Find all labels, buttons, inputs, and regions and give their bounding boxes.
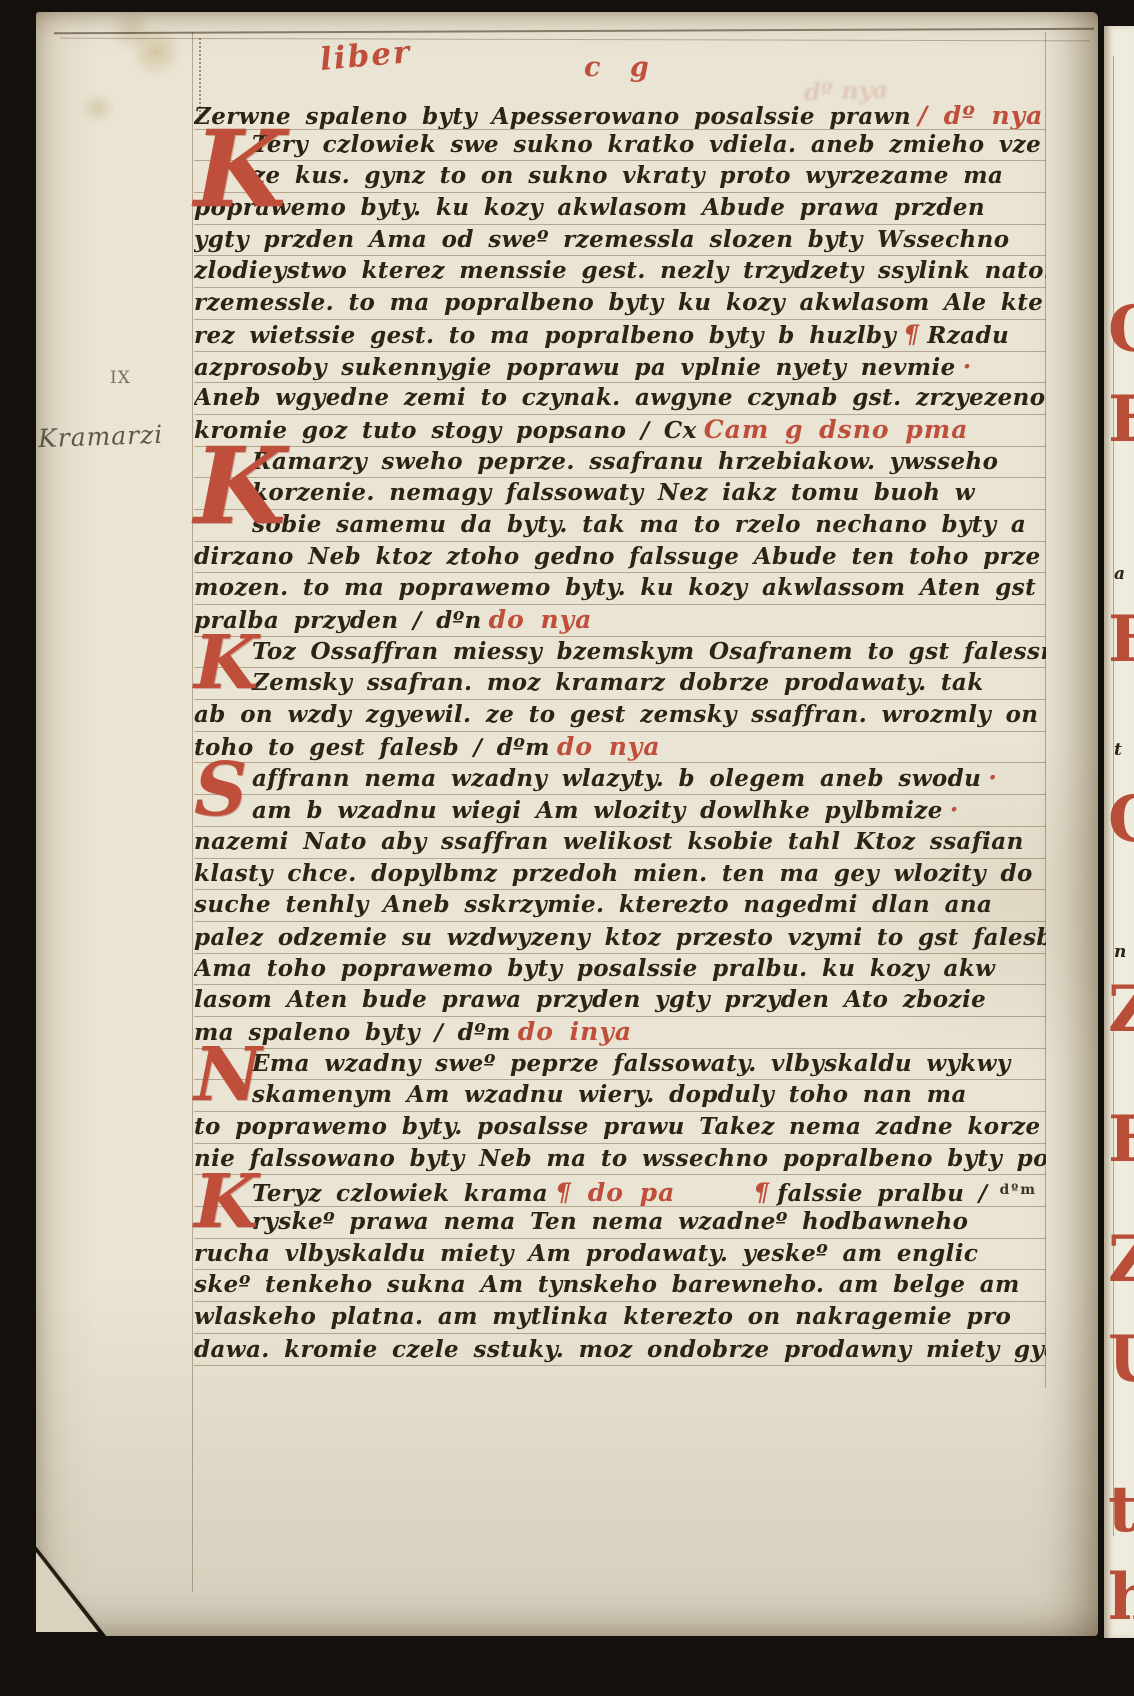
manuscript-line: nazemi Nato aby ssaffran welikost ksobie…: [194, 827, 1046, 859]
manuscript-line: Aneb wgyedne zemi to czynak. awgyne czyn…: [194, 383, 1046, 415]
ruling-line-top-2: [60, 38, 1090, 42]
edge-initial-fragment: U: [1108, 1328, 1134, 1392]
body-text: am b wzadnu wiegi Am wlozity dowlhke pyl…: [252, 797, 943, 824]
running-title: liber: [319, 34, 413, 78]
manuscript-line: rez wietssie gest. to ma popralbeno byty…: [194, 320, 1046, 352]
body-text: skeº tenkeho sukna Am tynskeho barewneho…: [194, 1271, 1020, 1298]
manuscript-line: skeº tenkeho sukna Am tynskeho barewneho…: [194, 1270, 1046, 1302]
manuscript-line: Zerwne spaleno byty Apesserowano posalss…: [194, 98, 1046, 130]
rubric-text: do inya: [518, 1017, 632, 1046]
body-text: toho to gest falesb ∕ dºm: [194, 734, 550, 761]
manuscript-line: Zemsky ssafran. moz kramarz dobrze proda…: [194, 668, 1046, 700]
manuscript-line: ze kus. gynz to on sukno vkraty proto wy…: [194, 161, 1046, 193]
manuscript-line: ryskeº prawa nema Ten nema wzadneº hodba…: [194, 1207, 1046, 1239]
manuscript-line: pralba przyden ∕ dºndo nya: [194, 605, 1046, 637]
manuscript-line: ma spaleno byty ∕ dºmdo inya: [194, 1017, 1046, 1049]
body-text: Ramarzy sweho peprze. ssafranu hrzebiako…: [252, 448, 998, 475]
body-text: Rzadu: [927, 322, 1009, 349]
edge-initial-fragment: h: [1108, 1566, 1134, 1630]
manuscript-line: dawa. kromie czele sstuky. moz ondobrze …: [194, 1334, 1046, 1366]
manuscript-line: mozen. to ma poprawemo byty. ku kozy akw…: [194, 573, 1046, 605]
manuscript-line: poprawemo byty. ku kozy akwlasom Abude p…: [194, 193, 1046, 225]
margin-annotation: dºm: [987, 1182, 1037, 1198]
manuscript-line: sobie samemu da byty. tak ma to rzelo ne…: [194, 510, 1046, 542]
edge-initial-fragment: t: [1108, 1478, 1134, 1542]
body-text: lasom Aten bude prawa przyden ygty przyd…: [194, 986, 986, 1013]
manuscript-line: zlodieystwo kterez menssie gest. nezly t…: [194, 256, 1046, 288]
manuscript-line: ab on wzdy zgyewil. ze to gest zemsky ss…: [194, 700, 1046, 732]
rubric-text: ¶: [753, 1178, 770, 1207]
manuscript-line: suche tenhly Aneb sskrzymie. kterezto na…: [194, 890, 1046, 922]
folio-number-note: IX: [110, 368, 131, 388]
body-text: affrann nema wzadny wlazyty. b olegem an…: [252, 765, 981, 792]
manuscript-line: Ramarzy sweho peprze. ssafranu hrzebiako…: [194, 447, 1046, 479]
body-text: falssie pralbu ∕: [777, 1180, 987, 1207]
rubric-text: ·: [963, 352, 973, 381]
manuscript-line: Teryz czlowiek krama¶ do pa¶falssie pral…: [194, 1175, 1046, 1207]
body-text: Zemsky ssafran. moz kramarz dobrze proda…: [252, 669, 984, 696]
edge-initial-fragment: Q: [1108, 298, 1134, 362]
manuscript-line: wlaskeho platna. am mytlinka kterezto on…: [194, 1302, 1046, 1334]
photo-background: liber c g dº nya IX Kramarzi Zerwne spal…: [0, 0, 1134, 1696]
rubric-initial: K: [194, 633, 258, 694]
body-text: Toz Ossaffran miessy bzemskym Osafranem …: [252, 638, 1046, 665]
body-text: sobie samemu da byty. tak ma to rzelo ne…: [252, 511, 1026, 538]
body-text: dawa. kromie czele sstuky. moz ondobrze …: [194, 1336, 1046, 1363]
manuscript-line: lasom Aten bude prawa przyden ygty przyd…: [194, 985, 1046, 1017]
body-text: Zerwne spaleno byty Apesserowano posalss…: [194, 103, 911, 130]
manuscript-line: to poprawemo byty. posalsse prawu Takez …: [194, 1112, 1046, 1144]
edge-initial-fragment: C: [1108, 788, 1134, 852]
manuscript-line: ygty przden Ama od sweº rzemessla slozen…: [194, 225, 1046, 257]
body-text: ab on wzdy zgyewil. ze to gest zemsky ss…: [194, 701, 1038, 728]
body-text: azprosoby sukennygie poprawu pa vplnie n…: [194, 354, 956, 381]
corner-fold: [36, 1552, 98, 1632]
manuscript-line: korzenie. nemagy falssowaty Nez iakz tom…: [194, 478, 1046, 510]
body-text: mozen. to ma poprawemo byty. ku kozy akw…: [194, 574, 1036, 601]
body-text: klasty chce. dopylbmz przedoh mien. ten …: [194, 860, 1033, 887]
manuscript-line: skamenym Am wzadnu wiery. dopduly toho n…: [194, 1080, 1046, 1112]
edge-text-fragment: n: [1114, 944, 1126, 961]
edge-initial-fragment: F: [1108, 1108, 1134, 1172]
manuscript-line: rucha vlbyskaldu miety Am prodawaty. yes…: [194, 1239, 1046, 1271]
edge-initial-fragment: Z: [1108, 1228, 1134, 1292]
body-text: Ema wzadny sweº peprze falssowaty. vlbys…: [252, 1050, 1011, 1077]
manuscript-line: Toz Ossaffran miessy bzemskym Osafranem …: [194, 637, 1046, 669]
body-text: wlaskeho platna. am mytlinka kterezto on…: [194, 1303, 1011, 1330]
rubric-initial: K: [194, 126, 286, 213]
body-text: palez odzemie su wzdwyzeny ktoz przesto …: [194, 924, 1046, 951]
body-text: poprawemo byty. ku kozy akwlasom Abude p…: [194, 194, 985, 221]
chapter-mark: c g: [584, 52, 659, 83]
manuscript-line: klasty chce. dopylbmz przedoh mien. ten …: [194, 859, 1046, 891]
manuscript-line: kromie goz tuto stogy popsano ∕ CxCam g …: [194, 415, 1046, 447]
body-text: korzenie. nemagy falssowaty Nez iakz tom…: [252, 479, 975, 506]
rubric-text: Cam g dsno pma: [704, 415, 969, 444]
manuscript-line: Ama toho poprawemo byty posalssie pralbu…: [194, 954, 1046, 986]
edge-initial-fragment: E: [1108, 388, 1134, 452]
body-text: rzemessle. to ma popralbeno byty ku kozy…: [194, 289, 1043, 316]
manuscript-line: palez odzemie su wzdwyzeny ktoz przesto …: [194, 922, 1046, 954]
body-text: skamenym Am wzadnu wiery. dopduly toho n…: [252, 1081, 967, 1108]
manuscript-line: am b wzadnu wiegi Am wlozity dowlhke pyl…: [194, 795, 1046, 827]
manuscript-page: liber c g dº nya IX Kramarzi Zerwne spal…: [36, 12, 1098, 1636]
rubric-initial: K: [194, 1172, 258, 1233]
rubric-initial: N: [194, 1045, 262, 1106]
manuscript-line: azprosoby sukennygie poprawu pa vplnie n…: [194, 352, 1046, 384]
body-text: ryskeº prawa nema Ten nema wzadneº hodba…: [252, 1208, 968, 1235]
edge-text-fragment: t: [1114, 742, 1122, 759]
edge-text-fragment: a: [1114, 566, 1125, 583]
body-text: ze kus. gynz to on sukno vkraty proto wy…: [252, 162, 1003, 189]
rubric-text: ∕ dº nya: [918, 101, 1043, 130]
manuscript-line: affrann nema wzadny wlazyty. b olegem an…: [194, 763, 1046, 795]
manuscript-line: dirzano Neb ktoz ztoho gedno falssuge Ab…: [194, 542, 1046, 574]
rubric-text: ·: [988, 763, 998, 792]
rubric-text: do nya: [489, 605, 593, 634]
ruling-line-left-margin: [192, 32, 193, 1592]
rubric-initial: K: [194, 443, 286, 530]
manuscript-line: nie falssowano byty Neb ma to wssechno p…: [194, 1144, 1046, 1176]
edge-initial-fragment: B: [1108, 608, 1134, 672]
rubric-initial: S: [194, 760, 247, 821]
margin-gloss: Kramarzi: [38, 420, 164, 453]
rubric-text: ¶ do pa: [555, 1178, 675, 1207]
body-text: Teryz czlowiek krama: [252, 1180, 548, 1207]
body-text: to poprawemo byty. posalsse prawu Takez …: [194, 1113, 1041, 1140]
manuscript-line: toho to gest falesb ∕ dºmdo nya: [194, 732, 1046, 764]
rubric-text: ·: [950, 795, 960, 824]
body-text: dirzano Neb ktoz ztoho gedno falssuge Ab…: [194, 543, 1041, 570]
manuscript-line: Tery czlowiek swe sukno kratko vdiela. a…: [194, 130, 1046, 162]
text-block: Zerwne spaleno byty Apesserowano posalss…: [194, 98, 1046, 1366]
edge-initial-fragment: Z: [1108, 978, 1134, 1042]
manuscript-line: Ema wzadny sweº peprze falssowaty. vlbys…: [194, 1049, 1046, 1081]
body-text: zlodieystwo kterez menssie gest. nezly t…: [194, 257, 1046, 284]
next-page-edge: QEaBtCnZFZUth: [1104, 26, 1134, 1638]
body-text: rucha vlbyskaldu miety Am prodawaty. yes…: [194, 1240, 978, 1267]
rubric-text: ¶: [903, 320, 920, 349]
body-text: suche tenhly Aneb sskrzymie. kterezto na…: [194, 891, 992, 918]
body-text: Aneb wgyedne zemi to czynak. awgyne czyn…: [194, 384, 1046, 411]
rubric-text: do nya: [557, 732, 661, 761]
body-text: Tery czlowiek swe sukno kratko vdiela. a…: [252, 131, 1041, 158]
manuscript-line: rzemessle. to ma popralbeno byty ku kozy…: [194, 288, 1046, 320]
body-text: Ama toho poprawemo byty posalssie pralbu…: [194, 955, 995, 982]
body-text: rez wietssie gest. to ma popralbeno byty…: [194, 322, 896, 349]
body-text: ygty przden Ama od sweº rzemessla slozen…: [194, 226, 1010, 253]
ruling-line-top: [54, 28, 1094, 35]
body-text: nazemi Nato aby ssaffran welikost ksobie…: [194, 828, 1024, 855]
body-text: nie falssowano byty Neb ma to wssechno p…: [194, 1145, 1046, 1172]
